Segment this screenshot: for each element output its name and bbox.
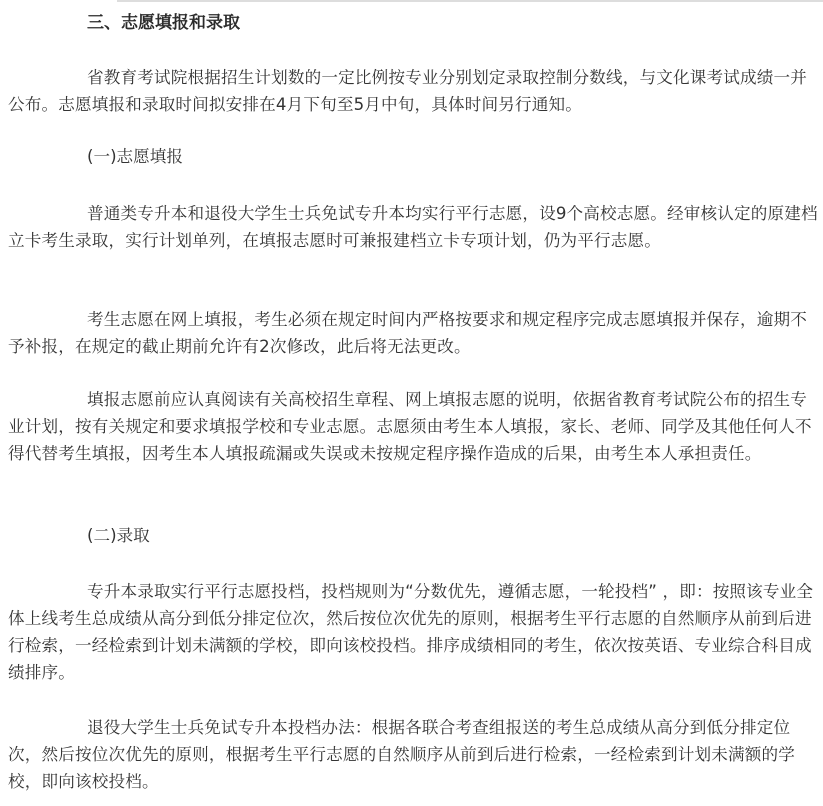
top-divider: [117, 0, 823, 2]
paragraph-parallel-volunteers: 普通类专升本和退役大学生士兵免试专升本均实行平行志愿，设9个高校志愿。经审核认定…: [8, 200, 820, 254]
section-title: 三、志愿填报和录取: [87, 8, 240, 33]
paragraph-filling-responsibility: 填报志愿前应认真阅读有关高校招生章程、网上填报志愿的说明，依据省教育考试院公布的…: [8, 386, 820, 467]
subheading-volunteer-filling: (一)志愿填报: [87, 143, 183, 170]
paragraph-veteran-admission: 退役大学生士兵免试专升本投档办法：根据各联合考查组报送的考生总成绩从高分到低分排…: [8, 714, 820, 795]
paragraph-online-filling: 考生志愿在网上填报，考生必须在规定时间内严格按要求和规定程序完成志愿填报并保存，…: [8, 306, 820, 360]
paragraph-score-line: 省教育考试院根据招生计划数的一定比例按专业分别划定录取控制分数线，与文化课考试成…: [8, 64, 820, 118]
subheading-admission: (二)录取: [87, 522, 150, 549]
paragraph-admission-rules: 专升本录取实行平行志愿投档，投档规则为“分数优先，遵循志愿，一轮投档” ，即：按…: [8, 578, 820, 686]
